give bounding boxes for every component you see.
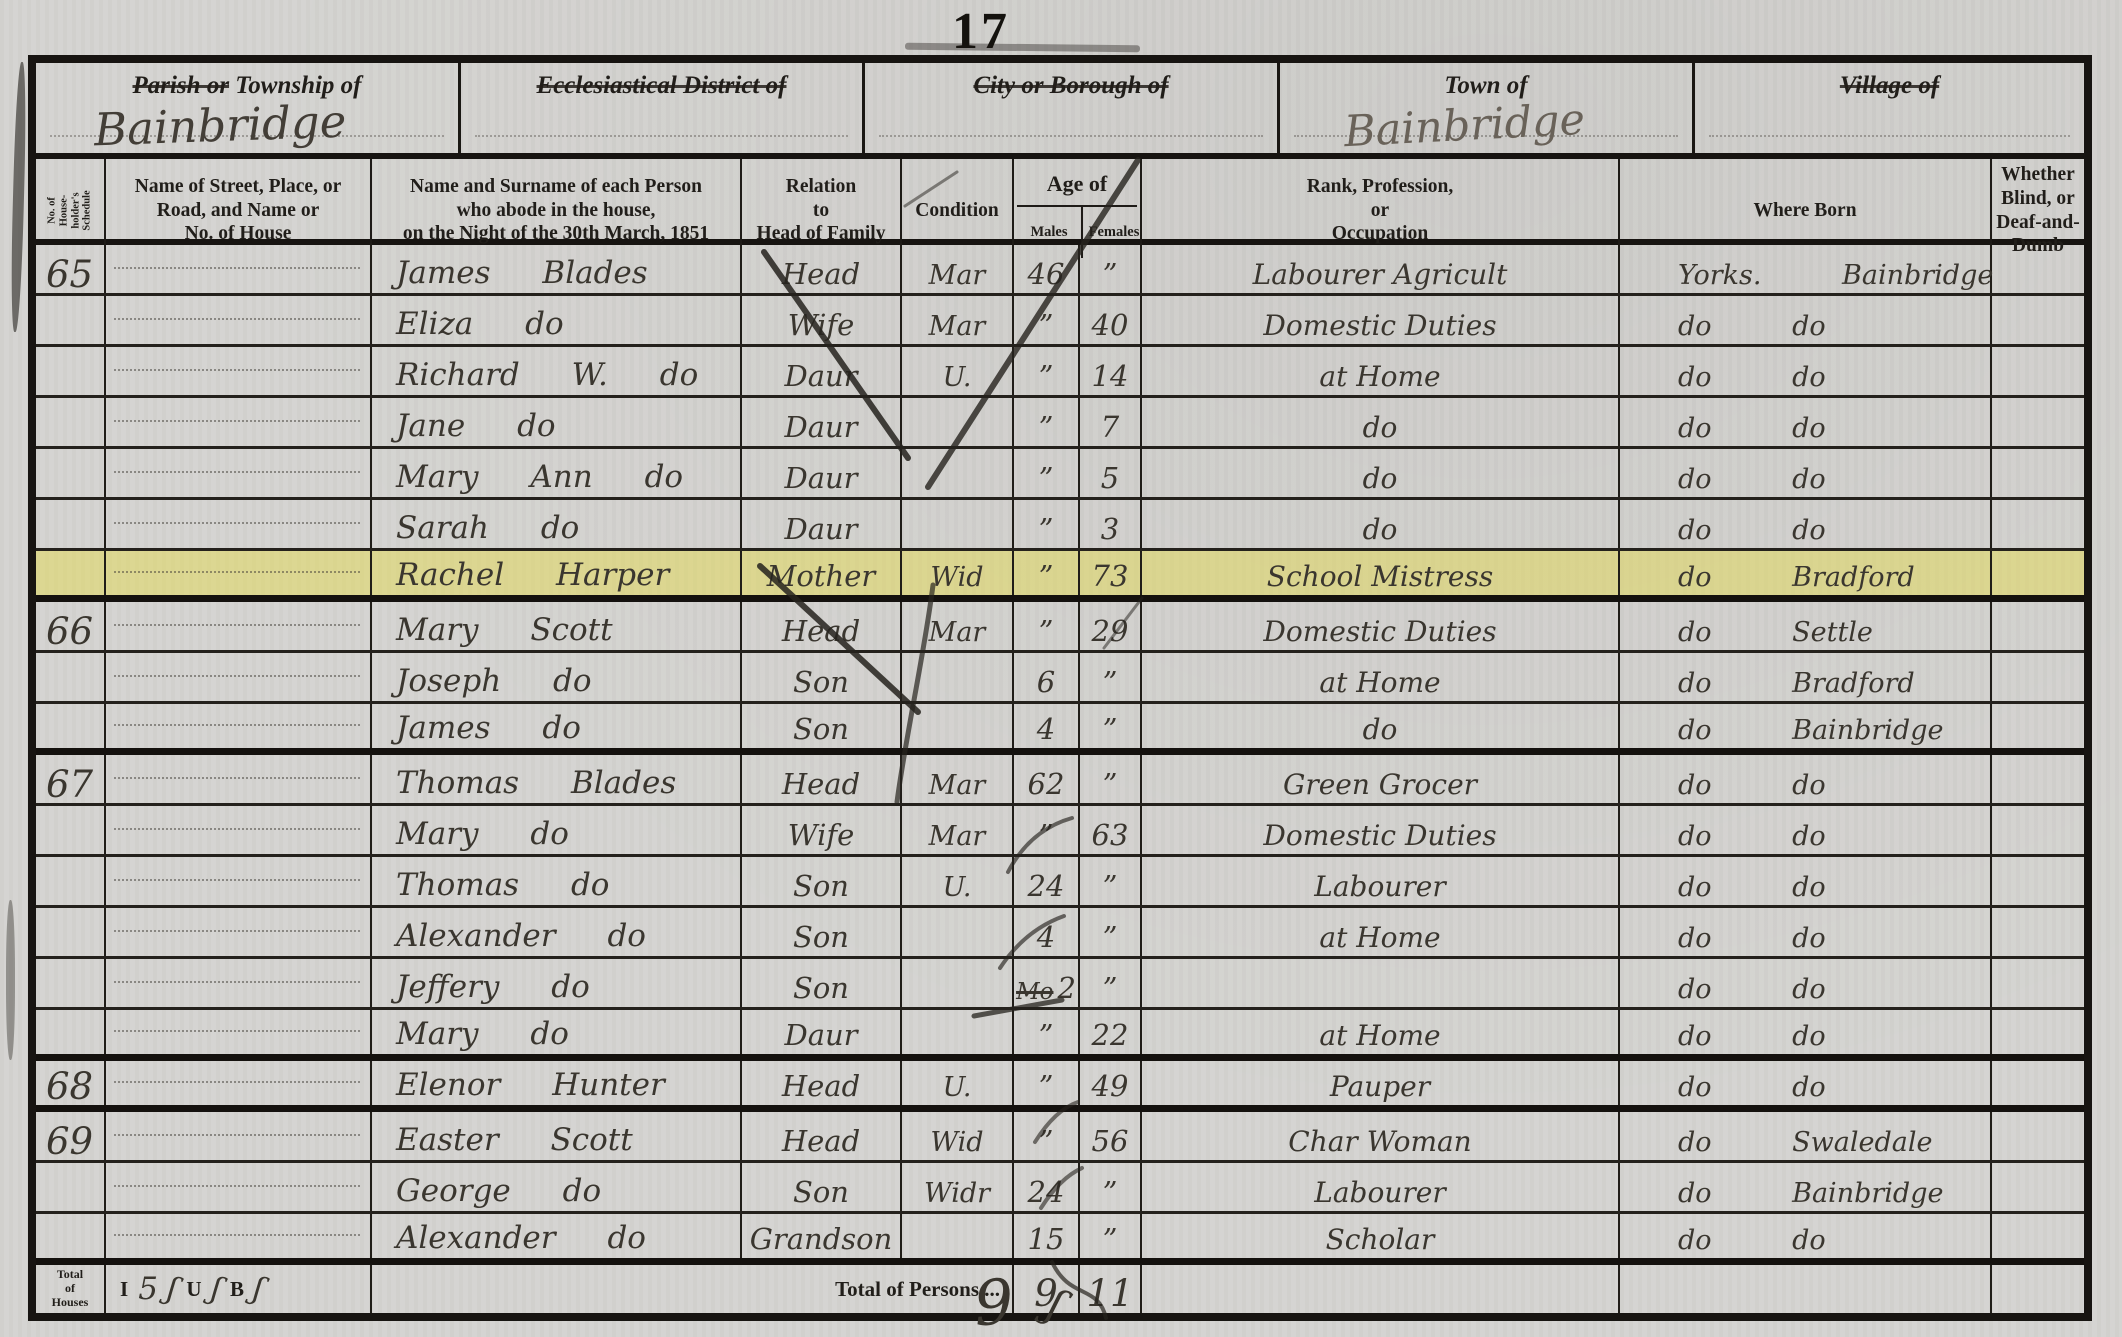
where-born-cell: do do xyxy=(1620,959,1992,1007)
age-males-cell: ” xyxy=(1014,398,1080,446)
schedule-number xyxy=(36,500,106,548)
where-born-cell: do Bainbridge xyxy=(1620,704,1992,748)
age-males-cell: ” xyxy=(1014,551,1080,595)
relation-cell: Son xyxy=(742,653,902,701)
relation-cell: Son xyxy=(742,857,902,905)
where-born-cell: do Bradford xyxy=(1620,653,1992,701)
condition-cell: Mar xyxy=(902,602,1014,650)
census-page-scan: 17 Parish or Township of Bainbridge Eccl… xyxy=(0,0,2122,1337)
age-females-cell: 5 xyxy=(1080,449,1142,497)
age-males-cell: ” xyxy=(1014,347,1080,395)
total-houses-values: I 5 ʃ U ʃ B ʃ xyxy=(106,1265,372,1313)
census-row: Alexander do Son 4 ” at Home do do xyxy=(36,908,2084,959)
census-row: Rachel Harper Mother Wid ” 73 School Mis… xyxy=(36,551,2084,602)
relation-cell: Wife xyxy=(742,296,902,344)
where-born-cell: do do xyxy=(1620,908,1992,956)
condition-cell: U. xyxy=(902,1061,1014,1105)
street-cell xyxy=(106,806,372,854)
age-females-cell: 56 xyxy=(1080,1112,1142,1160)
occupation-cell: Domestic Duties xyxy=(1142,806,1620,854)
occupation-cell: do xyxy=(1142,704,1620,748)
where-born-cell: do do xyxy=(1620,1010,1992,1054)
relation-cell: Son xyxy=(742,959,902,1007)
where-born-cell: do do xyxy=(1620,806,1992,854)
schedule-number xyxy=(36,398,106,446)
schedule-number xyxy=(36,653,106,701)
condition-cell xyxy=(902,653,1014,701)
where-born-cell: do do xyxy=(1620,500,1992,548)
handwritten-total-annotation: 9 xyxy=(972,1265,1016,1337)
blind-deaf-cell xyxy=(1992,602,2084,650)
age-males-cell: ” xyxy=(1014,1061,1080,1105)
person-name-cell: Alexander do xyxy=(372,1214,742,1258)
person-name-cell: Rachel Harper xyxy=(372,551,742,595)
schedule-number xyxy=(36,449,106,497)
relation-cell: Head xyxy=(742,755,902,803)
schedule-number: 66 xyxy=(36,602,106,650)
person-name-cell: Easter Scott xyxy=(372,1112,742,1160)
town-value: Bainbridge xyxy=(1343,95,1586,158)
age-females-cell: 22 xyxy=(1080,1010,1142,1054)
census-row: 68 Elenor Hunter Head U. ” 49 Pauper do … xyxy=(36,1061,2084,1112)
street-cell xyxy=(106,398,372,446)
age-males-cell: ” xyxy=(1014,449,1080,497)
person-name-cell: Richard W. do xyxy=(372,347,742,395)
relation-cell: Daur xyxy=(742,449,902,497)
where-born-cell: do do xyxy=(1620,398,1992,446)
occupation-cell: at Home xyxy=(1142,908,1620,956)
age-females-cell: 63 xyxy=(1080,806,1142,854)
age-males-cell: 46 xyxy=(1014,245,1080,293)
blind-deaf-cell xyxy=(1992,500,2084,548)
age-males-cell: 24 xyxy=(1014,1163,1080,1211)
schedule-number xyxy=(36,551,106,595)
condition-cell xyxy=(902,1214,1014,1258)
occupation-cell: at Home xyxy=(1142,347,1620,395)
street-cell xyxy=(106,602,372,650)
age-males-cell: 4 xyxy=(1014,704,1080,748)
schedule-number xyxy=(36,1163,106,1211)
age-females-cell: ” xyxy=(1080,755,1142,803)
blind-deaf-cell xyxy=(1992,755,2084,803)
person-name-cell: James Blades xyxy=(372,245,742,293)
age-females-cell: 40 xyxy=(1080,296,1142,344)
person-name-cell: Mary Ann do xyxy=(372,449,742,497)
blind-deaf-cell xyxy=(1992,806,2084,854)
occupation-cell: Scholar xyxy=(1142,1214,1620,1258)
inhabited-value: 5 xyxy=(138,1271,158,1307)
town-label: Town of xyxy=(1280,72,1692,100)
relation-cell: Head xyxy=(742,1061,902,1105)
street-cell xyxy=(106,1163,372,1211)
condition-cell xyxy=(902,959,1014,1007)
relation-cell: Daur xyxy=(742,347,902,395)
age-males-cell: 6 xyxy=(1014,653,1080,701)
building-label: B xyxy=(230,1277,244,1302)
person-name-cell: Eliza do xyxy=(372,296,742,344)
where-born-cell: Yorks. Bainbridge xyxy=(1620,245,1992,293)
age-females-cell: 7 xyxy=(1080,398,1142,446)
where-born-cell: do do xyxy=(1620,296,1992,344)
condition-cell: U. xyxy=(902,347,1014,395)
occupation-cell: Labourer Agricult xyxy=(1142,245,1620,293)
occupation-cell: Pauper xyxy=(1142,1061,1620,1105)
where-born-cell: do Swaledale xyxy=(1620,1112,1992,1160)
condition-cell: Mar xyxy=(902,806,1014,854)
age-females-cell: 3 xyxy=(1080,500,1142,548)
age-females-cell: 73 xyxy=(1080,551,1142,595)
total-persons-label: Total of Persons ... xyxy=(372,1265,1014,1313)
where-born-cell: do do xyxy=(1620,449,1992,497)
schedule-number xyxy=(36,347,106,395)
schedule-number xyxy=(36,806,106,854)
blind-deaf-cell xyxy=(1992,245,2084,293)
blind-deaf-cell xyxy=(1992,857,2084,905)
occupation-cell: Labourer xyxy=(1142,1163,1620,1211)
condition-cell xyxy=(902,704,1014,748)
census-row: Thomas do Son U. 24 ” Labourer do do xyxy=(36,857,2084,908)
where-born-cell: do do xyxy=(1620,347,1992,395)
uninhabited-value: ʃ xyxy=(207,1271,224,1308)
street-cell xyxy=(106,347,372,395)
age-females-cell: 29 xyxy=(1080,602,1142,650)
census-row: Sarah do Daur ” 3 do do do xyxy=(36,500,2084,551)
where-born-cell: do do xyxy=(1620,1214,1992,1258)
census-row: Joseph do Son 6 ” at Home do Bradford xyxy=(36,653,2084,704)
street-cell xyxy=(106,551,372,595)
relation-cell: Daur xyxy=(742,500,902,548)
village-section: Village of xyxy=(1695,63,2084,153)
occupation-cell: at Home xyxy=(1142,653,1620,701)
condition-cell xyxy=(902,1010,1014,1054)
where-born-cell: do Bradford xyxy=(1620,551,1992,595)
scan-edge-smudge xyxy=(9,62,27,332)
relation-cell: Son xyxy=(742,908,902,956)
total-persons-males: 9 xyxy=(1014,1265,1080,1313)
census-row: Jane do Daur ” 7 do do do xyxy=(36,398,2084,449)
occupation-cell: do xyxy=(1142,500,1620,548)
street-cell xyxy=(106,245,372,293)
where-born-cell: do do xyxy=(1620,1061,1992,1105)
census-row: Mary do Wife Mar ” 63 Domestic Duties do… xyxy=(36,806,2084,857)
person-name-cell: George do xyxy=(372,1163,742,1211)
age-males-cell: ” xyxy=(1014,296,1080,344)
occupation-cell: at Home xyxy=(1142,1010,1620,1054)
person-name-cell: Thomas Blades xyxy=(372,755,742,803)
census-row: 65 James Blades Head Mar 46 ” Labourer A… xyxy=(36,245,2084,296)
census-row: Alexander do Grandson 15 ” Scholar do do xyxy=(36,1214,2084,1265)
street-cell xyxy=(106,1112,372,1160)
person-name-cell: Mary Scott xyxy=(372,602,742,650)
street-cell xyxy=(106,959,372,1007)
person-name-cell: Mary do xyxy=(372,806,742,854)
age-females-cell: ” xyxy=(1080,704,1142,748)
person-name-cell: James do xyxy=(372,704,742,748)
ink-smear xyxy=(905,43,1140,52)
relation-cell: Mother xyxy=(742,551,902,595)
blind-deaf-cell xyxy=(1992,1061,2084,1105)
where-born-cell: do Settle xyxy=(1620,602,1992,650)
age-males-cell: Mo2 xyxy=(1014,959,1080,1007)
street-cell xyxy=(106,296,372,344)
age-females-cell: ” xyxy=(1080,959,1142,1007)
blind-deaf-cell xyxy=(1992,959,2084,1007)
header-age-females: Females xyxy=(1083,224,1145,242)
person-name-cell: Sarah do xyxy=(372,500,742,548)
blind-deaf-cell xyxy=(1992,347,2084,395)
census-row: Mary Ann do Daur ” 5 do do do xyxy=(36,449,2084,500)
street-cell xyxy=(106,857,372,905)
schedule-number: 65 xyxy=(36,245,106,293)
age-females-cell: ” xyxy=(1080,653,1142,701)
column-headers: No. of House- holder's Schedule Name of … xyxy=(36,159,2084,245)
pen-flourish: ʃ xyxy=(164,1271,181,1308)
condition-cell: U. xyxy=(902,857,1014,905)
occupation-cell: do xyxy=(1142,398,1620,446)
blind-deaf-cell xyxy=(1992,551,2084,595)
schedule-number: 67 xyxy=(36,755,106,803)
schedule-number xyxy=(36,857,106,905)
parish-section: Parish or Township of Bainbridge xyxy=(36,63,461,153)
person-name-cell: Mary do xyxy=(372,1010,742,1054)
condition-cell: Widr xyxy=(902,1163,1014,1211)
condition-cell xyxy=(902,449,1014,497)
blind-deaf-cell xyxy=(1992,1163,2084,1211)
occupation-cell xyxy=(1142,959,1620,1007)
age-females-cell: 14 xyxy=(1080,347,1142,395)
census-row: James do Son 4 ” do do Bainbridge xyxy=(36,704,2084,755)
schedule-number xyxy=(36,1214,106,1258)
ecclesiastical-section: Ecclesiastical District of xyxy=(461,63,865,153)
condition-cell: Wid xyxy=(902,551,1014,595)
totals-occupation-blank xyxy=(1142,1265,1620,1313)
street-cell xyxy=(106,1061,372,1105)
street-cell xyxy=(106,500,372,548)
census-table: Parish or Township of Bainbridge Ecclesi… xyxy=(28,55,2092,1321)
census-row: 69 Easter Scott Head Wid ” 56 Char Woman… xyxy=(36,1112,2084,1163)
blind-deaf-cell xyxy=(1992,1112,2084,1160)
totals-blind-blank xyxy=(1992,1265,2084,1313)
blind-deaf-cell xyxy=(1992,908,2084,956)
age-females-cell: ” xyxy=(1080,908,1142,956)
schedule-number: 69 xyxy=(36,1112,106,1160)
condition-cell xyxy=(902,908,1014,956)
census-row: 66 Mary Scott Head Mar ” 29 Domestic Dut… xyxy=(36,602,2084,653)
village-label: Village of xyxy=(1695,72,2084,100)
inhabited-label: I xyxy=(120,1277,128,1302)
header-age-label: Age of xyxy=(1017,163,1137,207)
person-name-cell: Thomas do xyxy=(372,857,742,905)
occupation-cell: School Mistress xyxy=(1142,551,1620,595)
schedule-number: 68 xyxy=(36,1061,106,1105)
location-header: Parish or Township of Bainbridge Ecclesi… xyxy=(36,63,2084,159)
scan-edge-smudge xyxy=(6,900,15,1060)
blind-deaf-cell xyxy=(1992,398,2084,446)
person-name-cell: Jeffery do xyxy=(372,959,742,1007)
where-born-cell: do do xyxy=(1620,755,1992,803)
age-females-cell: 49 xyxy=(1080,1061,1142,1105)
condition-cell: Wid xyxy=(902,1112,1014,1160)
relation-cell: Grandson xyxy=(742,1214,902,1258)
condition-cell: Mar xyxy=(902,245,1014,293)
census-row: George do Son Widr 24 ” Labourer do Bain… xyxy=(36,1163,2084,1214)
age-males-cell: ” xyxy=(1014,806,1080,854)
parish-label: Parish or Township of xyxy=(36,72,458,100)
blind-deaf-cell xyxy=(1992,1010,2084,1054)
census-row: Jeffery do Son Mo2 ” do do xyxy=(36,959,2084,1010)
occupation-cell: Green Grocer xyxy=(1142,755,1620,803)
relation-cell: Head xyxy=(742,245,902,293)
census-row: Richard W. do Daur U. ” 14 at Home do do xyxy=(36,347,2084,398)
schedule-number xyxy=(36,959,106,1007)
census-row: Mary do Daur ” 22 at Home do do xyxy=(36,1010,2084,1061)
age-males-cell: ” xyxy=(1014,1010,1080,1054)
street-cell xyxy=(106,653,372,701)
blind-deaf-cell xyxy=(1992,449,2084,497)
relation-cell: Daur xyxy=(742,398,902,446)
street-cell xyxy=(106,755,372,803)
census-rows: 65 James Blades Head Mar 46 ” Labourer A… xyxy=(36,245,2084,1265)
street-cell xyxy=(106,908,372,956)
census-row: 67 Thomas Blades Head Mar 62 ” Green Gro… xyxy=(36,755,2084,806)
blind-deaf-cell xyxy=(1992,1214,2084,1258)
occupation-cell: Char Woman xyxy=(1142,1112,1620,1160)
age-females-cell: ” xyxy=(1080,1163,1142,1211)
relation-cell: Son xyxy=(742,704,902,748)
total-persons-females: 11 xyxy=(1080,1265,1142,1313)
relation-cell: Son xyxy=(742,1163,902,1211)
age-males-cell: ” xyxy=(1014,500,1080,548)
person-name-cell: Jane do xyxy=(372,398,742,446)
schedule-number xyxy=(36,296,106,344)
person-name-cell: Elenor Hunter xyxy=(372,1061,742,1105)
page-number: 17 xyxy=(952,2,1010,61)
relation-cell: Daur xyxy=(742,1010,902,1054)
schedule-number xyxy=(36,1010,106,1054)
street-cell xyxy=(106,704,372,748)
age-males-cell: 24 xyxy=(1014,857,1080,905)
relation-cell: Head xyxy=(742,602,902,650)
person-name-cell: Joseph do xyxy=(372,653,742,701)
condition-cell: Mar xyxy=(902,755,1014,803)
totals-born-blank xyxy=(1620,1265,1992,1313)
occupation-cell: Domestic Duties xyxy=(1142,296,1620,344)
condition-cell xyxy=(902,500,1014,548)
schedule-number xyxy=(36,704,106,748)
occupation-cell: Domestic Duties xyxy=(1142,602,1620,650)
age-females-cell: ” xyxy=(1080,857,1142,905)
relation-cell: Head xyxy=(742,1112,902,1160)
city-label: City or Borough of xyxy=(865,72,1277,100)
blind-deaf-cell xyxy=(1992,653,2084,701)
age-males-cell: ” xyxy=(1014,1112,1080,1160)
street-cell xyxy=(106,1214,372,1258)
age-females-cell: ” xyxy=(1080,1214,1142,1258)
age-females-cell: ” xyxy=(1080,245,1142,293)
blind-deaf-cell xyxy=(1992,296,2084,344)
town-section: Town of Bainbridge xyxy=(1280,63,1695,153)
age-males-cell: ” xyxy=(1014,602,1080,650)
total-houses-label: Total of Houses xyxy=(36,1265,106,1313)
census-row: Eliza do Wife Mar ” 40 Domestic Duties d… xyxy=(36,296,2084,347)
street-cell xyxy=(106,449,372,497)
where-born-cell: do do xyxy=(1620,857,1992,905)
occupation-cell: do xyxy=(1142,449,1620,497)
uninhabited-label: U xyxy=(186,1277,201,1302)
where-born-cell: do Bainbridge xyxy=(1620,1163,1992,1211)
parish-value: Bainbridge xyxy=(93,95,347,157)
relation-cell: Wife xyxy=(742,806,902,854)
occupation-cell: Labourer xyxy=(1142,857,1620,905)
age-males-cell: 62 xyxy=(1014,755,1080,803)
condition-cell: Mar xyxy=(902,296,1014,344)
street-cell xyxy=(106,1010,372,1054)
ecclesiastical-label: Ecclesiastical District of xyxy=(461,72,862,100)
age-males-cell: 15 xyxy=(1014,1214,1080,1258)
condition-cell xyxy=(902,398,1014,446)
building-value: ʃ xyxy=(250,1271,267,1308)
blind-deaf-cell xyxy=(1992,704,2084,748)
age-males-cell: 4 xyxy=(1014,908,1080,956)
schedule-number xyxy=(36,908,106,956)
city-section: City or Borough of xyxy=(865,63,1280,153)
person-name-cell: Alexander do xyxy=(372,908,742,956)
